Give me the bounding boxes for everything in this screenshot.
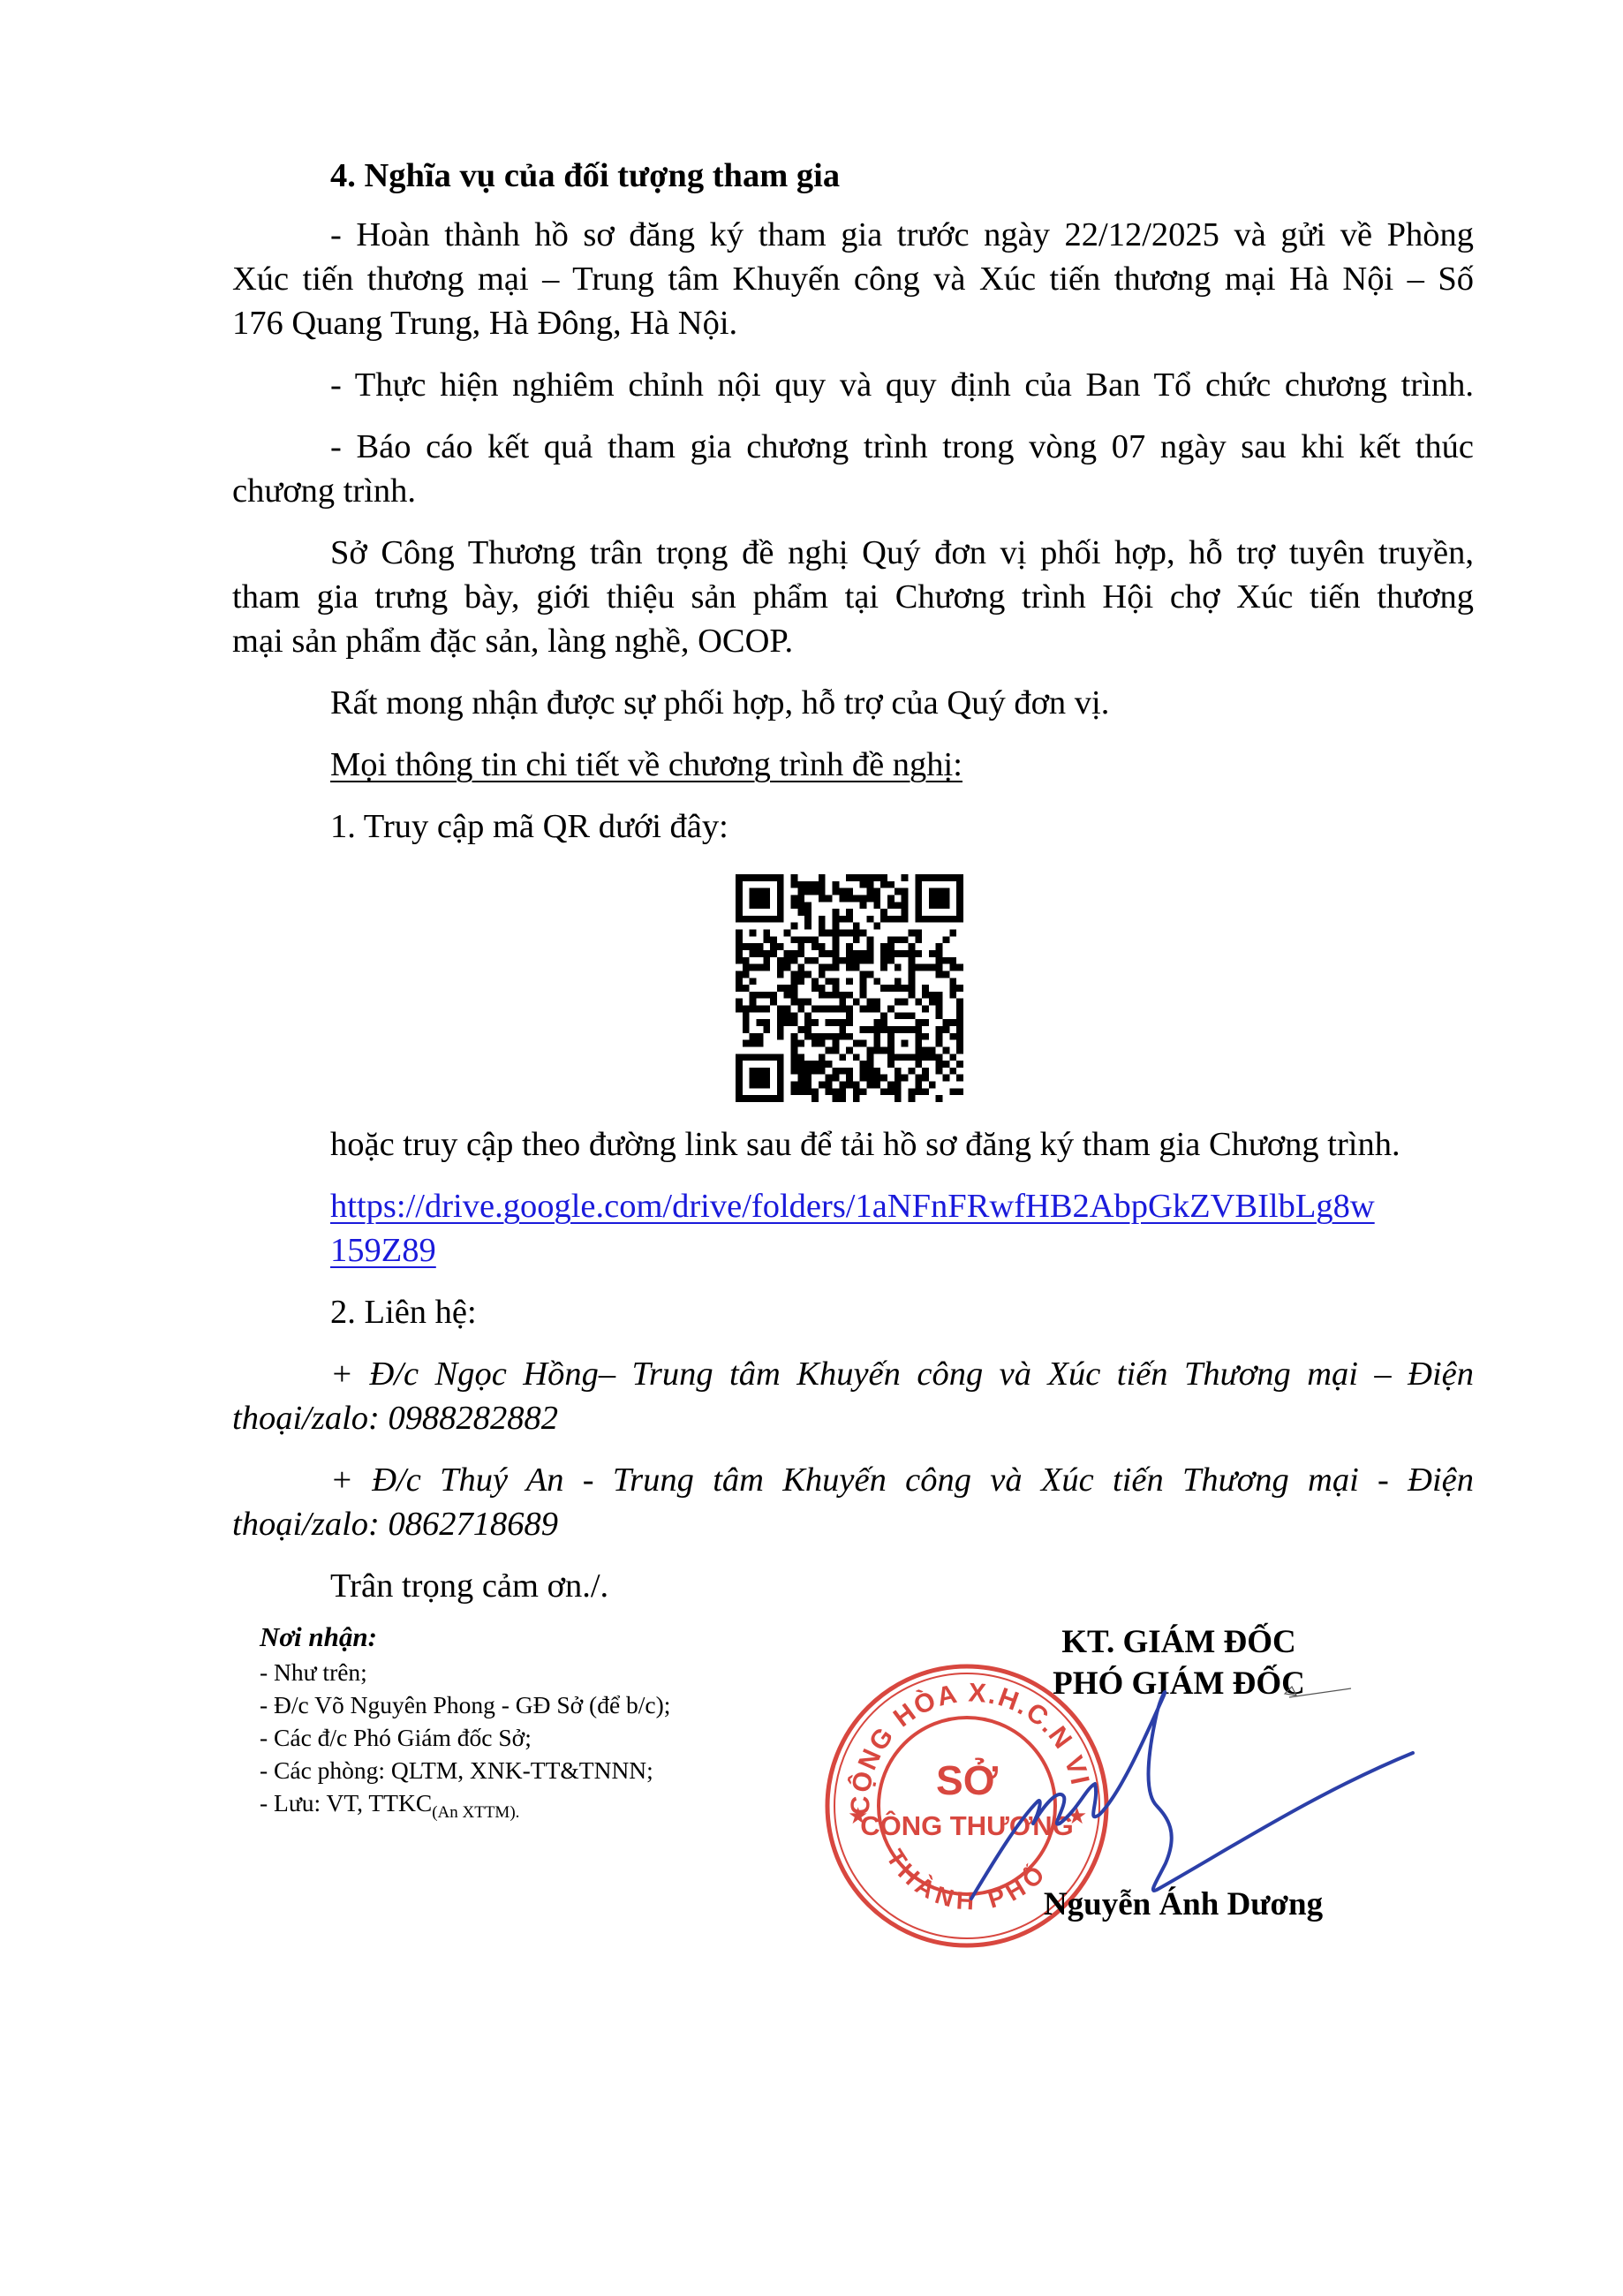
recipient-item: - Như trên; xyxy=(260,1660,367,1685)
hope-line: Rất mong nhận được sự phối hợp, hỗ trợ c… xyxy=(330,686,1109,721)
obligation-1-line-3: 176 Quang Trung, Hà Đông, Hà Nội. xyxy=(232,306,737,341)
details-heading: Mọi thông tin chi tiết về chương trình đ… xyxy=(330,748,962,782)
obligation-2-line-1: - Thực hiện nghiêm chỉnh nội quy và quy … xyxy=(330,368,1474,403)
obligation-1-line-2: Xúc tiến thương mại – Trung tâm Khuyến c… xyxy=(232,262,1474,297)
archive-main: - Lưu: VT, TTKC xyxy=(260,1789,432,1816)
recipient-item: - Các phòng: QLTM, XNK-TT&TNNN; xyxy=(260,1758,653,1783)
recipient-item: - Các đ/c Phó Giám đốc Sở; xyxy=(260,1726,532,1750)
drive-link-line-1[interactable]: https://drive.google.com/drive/folders/1… xyxy=(330,1190,1375,1224)
obligation-3-line-1: - Báo cáo kết quả tham gia chương trình … xyxy=(330,430,1474,464)
contact-1-line-1: + Đ/c Ngọc Hồng– Trung tâm Khuyến công v… xyxy=(330,1357,1474,1392)
drive-link-line-2[interactable]: 159Z89 xyxy=(330,1234,436,1268)
obligation-1-line-1: - Hoàn thành hồ sơ đăng ký tham gia trướ… xyxy=(330,218,1474,253)
obligation-3-line-2: chương trình. xyxy=(232,474,416,509)
closing-line: Trân trọng cảm ơn./. xyxy=(330,1569,608,1604)
recipients-title: Nơi nhận: xyxy=(260,1623,377,1650)
svg-text:★: ★ xyxy=(848,1802,868,1829)
section-heading: 4. Nghĩa vụ của đối tượng tham gia xyxy=(330,159,840,193)
qr-code-icon[interactable] xyxy=(736,874,963,1102)
contact-2-line-1: + Đ/c Thuý An - Trung tâm Khuyến công và… xyxy=(330,1463,1474,1498)
recipient-item: - Đ/c Võ Nguyên Phong - GĐ Sở (để b/c); xyxy=(260,1693,670,1718)
request-line-1: Sở Công Thương trân trọng đề nghị Quý đơ… xyxy=(330,536,1474,570)
recipient-item-archive: - Lưu: VT, TTKC(An XTTM). xyxy=(260,1791,519,1821)
contact-heading: 2. Liên hệ: xyxy=(330,1295,477,1330)
handwritten-signature-icon xyxy=(936,1678,1431,1916)
qr-instruction: 1. Truy cập mã QR dưới đây: xyxy=(330,810,728,844)
link-intro: hoặc truy cập theo đường link sau để tải… xyxy=(330,1128,1400,1162)
request-line-3: mại sản phẩm đặc sản, làng nghề, OCOP. xyxy=(232,624,793,659)
signature-title-1: KT. GIÁM ĐỐC xyxy=(1042,1623,1316,1661)
request-line-2: tham gia trưng bày, giới thiệu sản phẩm … xyxy=(232,580,1474,615)
contact-2-line-2: thoại/zalo: 0862718689 xyxy=(232,1507,558,1542)
archive-subscript: (An XTTM). xyxy=(432,1803,519,1822)
contact-1-line-2: thoại/zalo: 0988282882 xyxy=(232,1401,558,1436)
signer-name: Nguyễn Ánh Dương xyxy=(1015,1885,1351,1923)
